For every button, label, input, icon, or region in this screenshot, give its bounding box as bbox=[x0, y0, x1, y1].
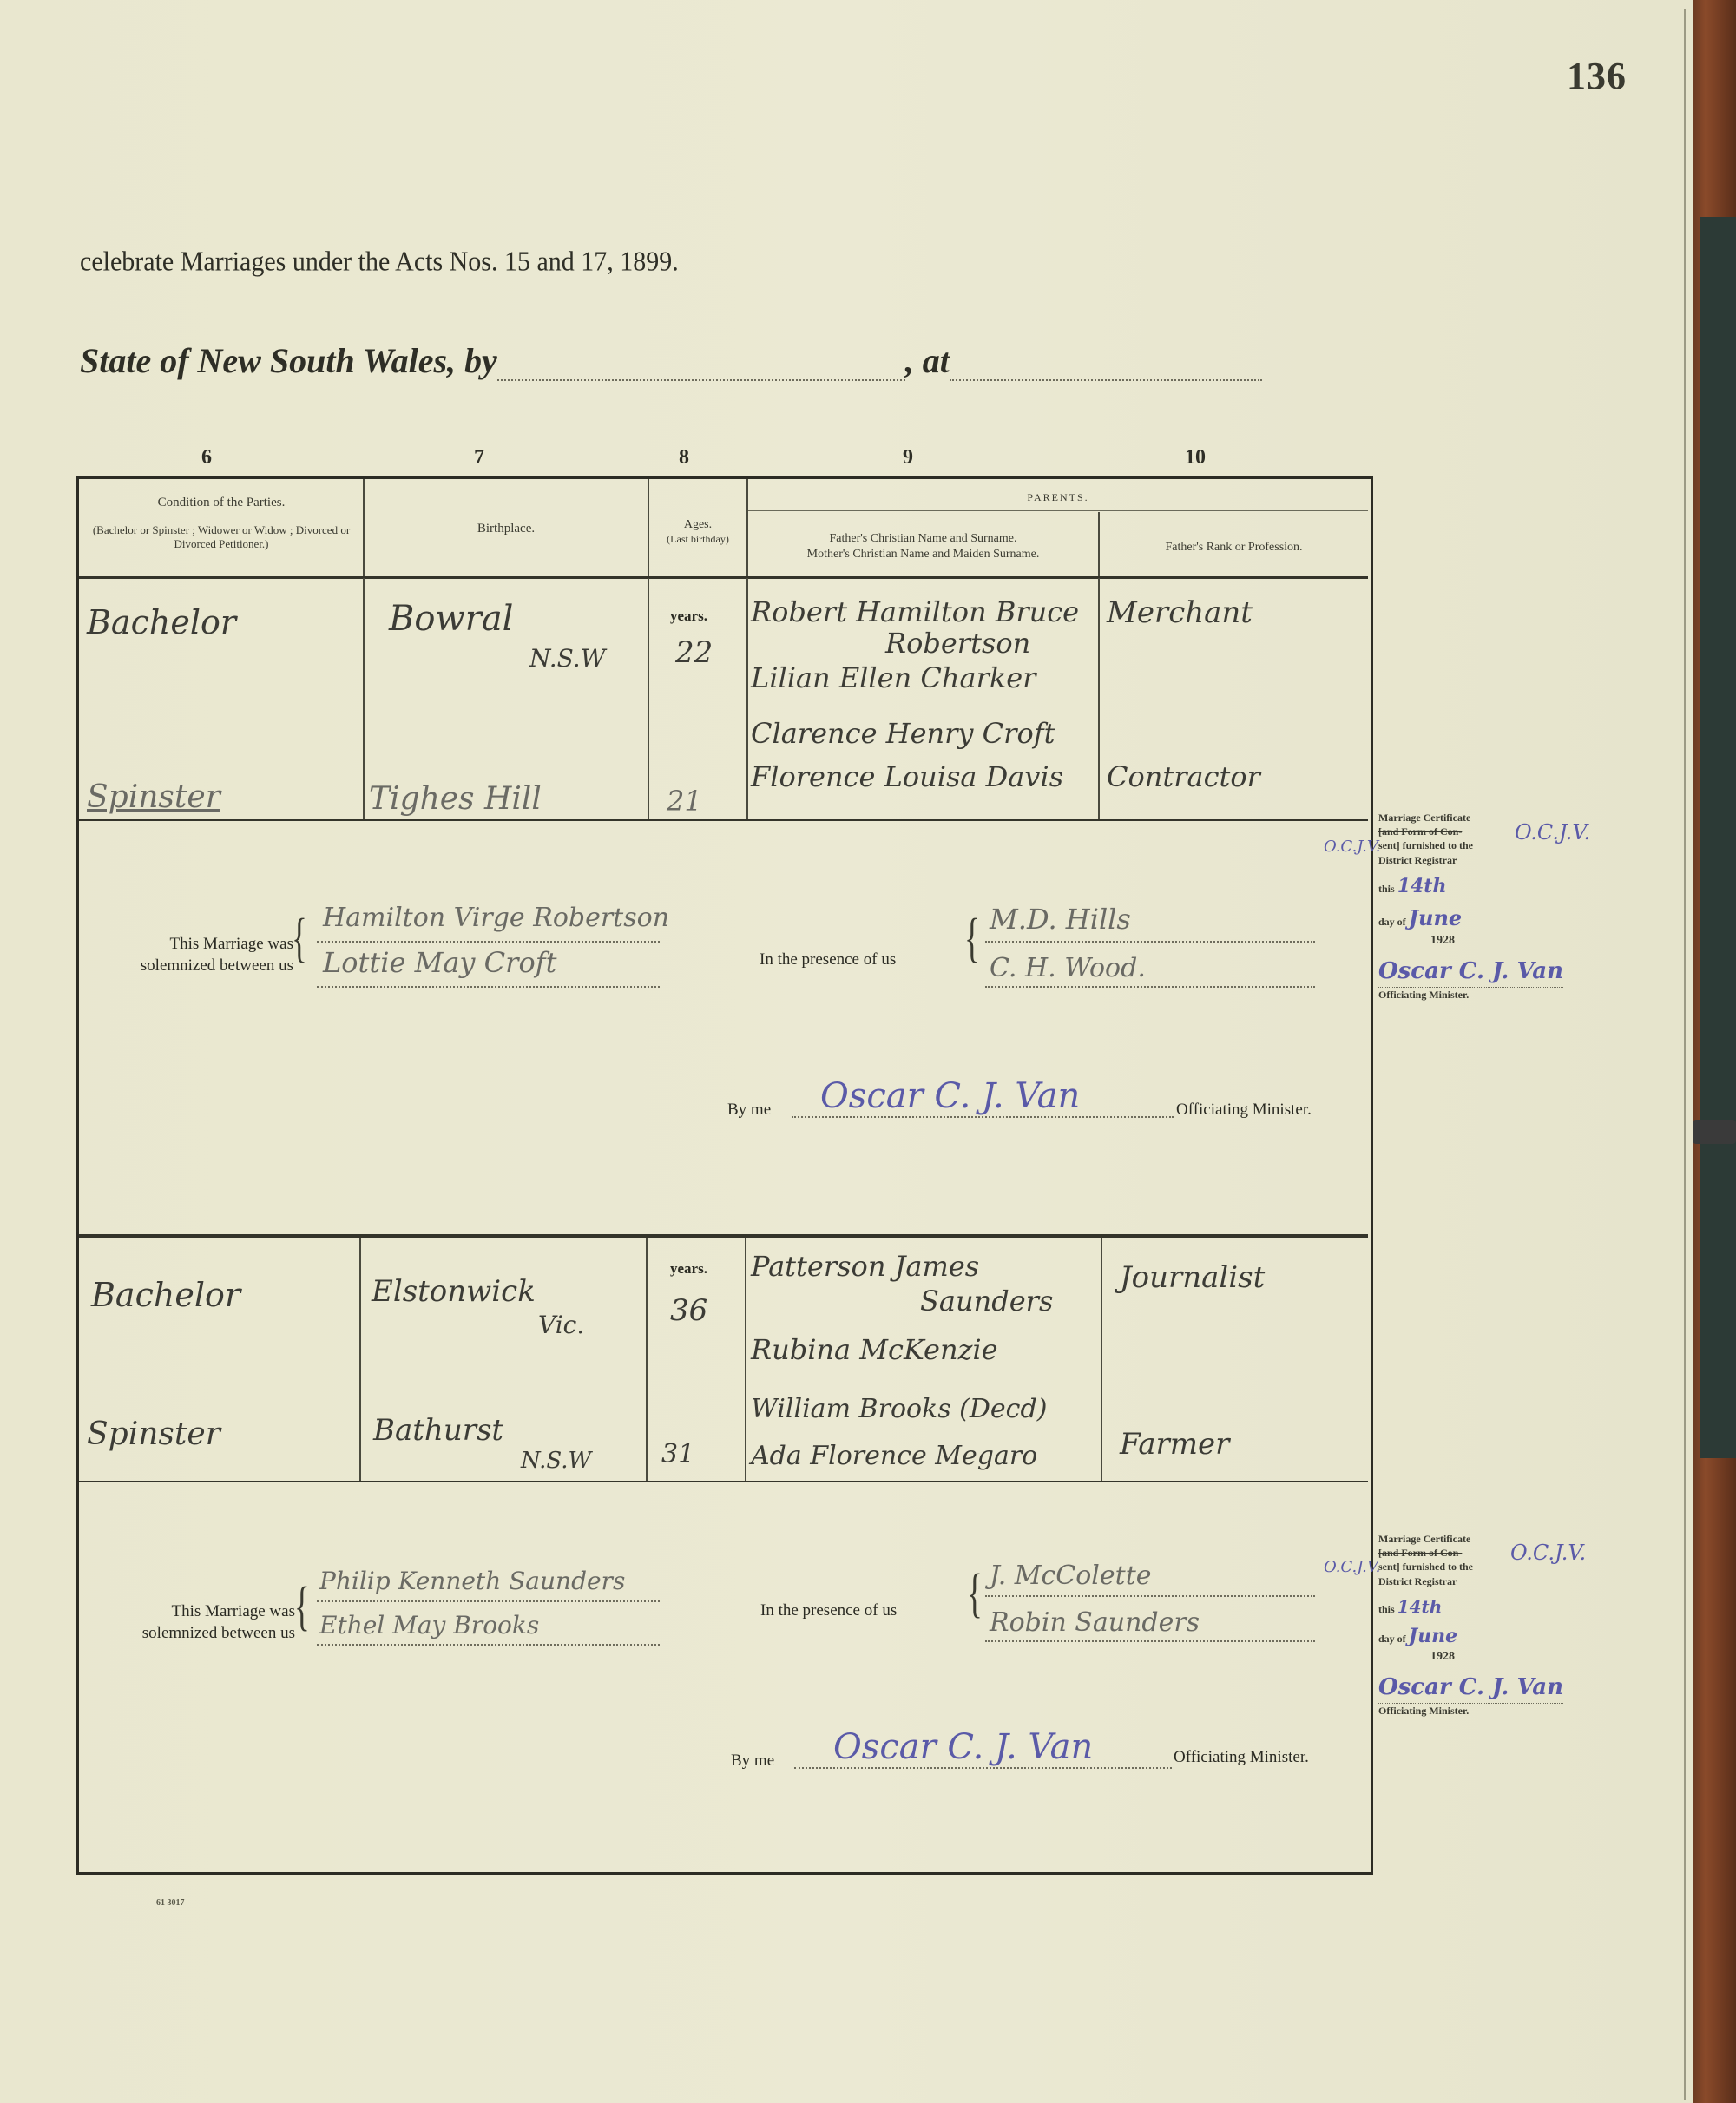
row-divider bbox=[363, 578, 365, 819]
groom-signature: Philip Kenneth Saunders bbox=[319, 1567, 625, 1595]
header-condition-subtitle: (Bachelor or Spinster ; Widower or Widow… bbox=[82, 523, 360, 552]
header-condition-title: Condition of the Parties. bbox=[82, 495, 360, 511]
brace-icon: { bbox=[292, 911, 307, 965]
groom-father-surname: Saunders bbox=[920, 1285, 1053, 1318]
column-number-7: 7 bbox=[474, 446, 484, 470]
minister-label: Officiating Minister. bbox=[1174, 1748, 1309, 1767]
row-divider bbox=[1098, 578, 1100, 819]
header-profession: Father's Rank or Profession. bbox=[1100, 540, 1368, 555]
brace-icon: { bbox=[964, 911, 980, 965]
presence-label: In the presence of us bbox=[759, 950, 896, 969]
bride-father-name: Clarence Henry Croft bbox=[751, 717, 1055, 750]
form-code: 61 3017 bbox=[156, 1898, 185, 1908]
header-birthplace: Birthplace. bbox=[365, 521, 648, 537]
groom-father-surname: Robertson bbox=[885, 627, 1030, 660]
minister-signature: Oscar C. J. Van bbox=[820, 1076, 1080, 1116]
witness-2-signature: C. H. Wood. bbox=[990, 953, 1146, 983]
column-number-10: 10 bbox=[1185, 446, 1206, 470]
side-note-minister-label: Officiating Minister. bbox=[1378, 1704, 1563, 1718]
side-note-day: 14th bbox=[1397, 875, 1447, 897]
side-note-this: this bbox=[1378, 1603, 1395, 1615]
bride-condition: Spinster bbox=[87, 779, 220, 815]
margin-initials: O.C.J.V. bbox=[1324, 838, 1380, 856]
by-me-label: By me bbox=[727, 1101, 771, 1120]
at-blank bbox=[950, 379, 1262, 381]
act-line: celebrate Marriages under the Acts Nos. … bbox=[80, 246, 679, 278]
bride-birthplace: Tighes Hill bbox=[369, 781, 542, 817]
column-number-6: 6 bbox=[201, 446, 212, 470]
side-note-minister-label: Officiating Minister. bbox=[1378, 988, 1563, 1002]
header-father-name: Father's Christian Name and Surname. bbox=[748, 531, 1098, 547]
side-note-year: 1928 bbox=[1430, 933, 1563, 950]
column-number-8: 8 bbox=[679, 446, 689, 470]
side-note-day: 14th bbox=[1397, 1596, 1443, 1617]
solemnized-label-line2: solemnized between us bbox=[87, 956, 293, 977]
solemnized-label-line2: solemnized between us bbox=[87, 1623, 295, 1645]
bride-birthplace: Bathurst bbox=[373, 1413, 503, 1448]
solemnized-label-line1: This Marriage was bbox=[87, 934, 293, 956]
brace-icon: { bbox=[294, 1580, 310, 1633]
minister-signature-line bbox=[794, 1767, 1172, 1769]
header-parents-names: Father's Christian Name and Surname. Mot… bbox=[748, 531, 1098, 562]
header-mother-name: Mother's Christian Name and Maiden Surna… bbox=[748, 547, 1098, 562]
bride-father-profession: Farmer bbox=[1120, 1427, 1229, 1462]
row-bottom-rule bbox=[79, 1481, 1368, 1482]
groom-signature-line bbox=[317, 941, 660, 943]
bride-age: 21 bbox=[667, 785, 702, 818]
bride-father-name: William Brooks (Decd) bbox=[751, 1394, 1047, 1424]
age-unit: years. bbox=[670, 1260, 707, 1278]
side-note-day-of: day of bbox=[1378, 916, 1406, 928]
bride-father-profession: Contractor bbox=[1107, 760, 1260, 793]
minister-signature-line bbox=[792, 1116, 1174, 1118]
column-number-9: 9 bbox=[903, 446, 913, 470]
book-binding bbox=[1693, 0, 1736, 2103]
witness-1-signature: M.D. Hills bbox=[990, 903, 1131, 936]
header-condition: Condition of the Parties. (Bachelor or S… bbox=[82, 495, 360, 551]
row-divider bbox=[746, 578, 748, 819]
groom-condition: Bachelor bbox=[91, 1276, 240, 1314]
witness-1-line bbox=[985, 1595, 1315, 1597]
header-ages: Ages. (Last birthday) bbox=[649, 517, 746, 546]
bride-mother-name: Ada Florence Megaro bbox=[751, 1441, 1037, 1471]
header-ages-title: Ages. bbox=[649, 517, 746, 533]
header-parents-group: Parents. bbox=[748, 491, 1368, 504]
groom-mother-name: Lilian Ellen Charker bbox=[751, 661, 1036, 694]
groom-age: 22 bbox=[675, 635, 713, 670]
side-note-this: this bbox=[1378, 883, 1395, 895]
header-ages-subtitle: (Last birthday) bbox=[649, 533, 746, 546]
register-table bbox=[76, 476, 1373, 1875]
side-note-line4: District Registrar bbox=[1378, 853, 1563, 867]
solemnized-label-line1: This Marriage was bbox=[87, 1601, 295, 1623]
entry-separator bbox=[79, 1234, 1368, 1238]
groom-father-name: Robert Hamilton Bruce bbox=[751, 595, 1079, 628]
header-bottom-rule bbox=[79, 576, 1368, 579]
side-note-line4: District Registrar bbox=[1378, 1574, 1563, 1588]
groom-father-profession: Merchant bbox=[1107, 595, 1253, 630]
side-note-signature: Oscar C. J. Van bbox=[1378, 956, 1563, 988]
side-note-month: June bbox=[1409, 1625, 1457, 1647]
witness-2-signature: Robin Saunders bbox=[990, 1607, 1200, 1638]
groom-birthplace-region: Vic. bbox=[538, 1311, 584, 1339]
bride-mother-name: Florence Louisa Davis bbox=[751, 760, 1063, 793]
side-note-signature: Oscar C. J. Van bbox=[1378, 1673, 1563, 1704]
row-divider bbox=[1101, 1238, 1102, 1481]
bride-birthplace-region: N.S.W bbox=[521, 1448, 591, 1474]
row-divider bbox=[646, 1238, 648, 1481]
binding-cloth bbox=[1700, 217, 1736, 1458]
brace-icon: { bbox=[967, 1567, 983, 1620]
minister-signature: Oscar C. J. Van bbox=[833, 1727, 1093, 1767]
solemnized-label: This Marriage was solemnized between us bbox=[87, 934, 293, 976]
groom-signature-line bbox=[317, 1600, 660, 1602]
bride-age: 31 bbox=[661, 1439, 694, 1469]
bride-signature-line bbox=[317, 1644, 660, 1646]
side-note-month: June bbox=[1409, 905, 1463, 930]
row-bottom-rule bbox=[79, 819, 1368, 821]
bride-signature-line bbox=[317, 986, 660, 988]
page-margin-rule bbox=[1684, 9, 1686, 2100]
groom-father-profession: Journalist bbox=[1120, 1260, 1265, 1295]
bride-signature: Ethel May Brooks bbox=[319, 1611, 539, 1640]
groom-mother-name: Rubina McKenzie bbox=[751, 1333, 998, 1366]
parents-divider bbox=[748, 510, 1368, 511]
solemnized-label: This Marriage was solemnized between us bbox=[87, 1601, 295, 1644]
binding-clasp-icon bbox=[1693, 1120, 1736, 1144]
groom-birthplace: Bowral bbox=[389, 599, 513, 639]
witness-2-line bbox=[985, 986, 1315, 988]
side-note-year: 1928 bbox=[1430, 1649, 1563, 1666]
side-note-initials: O.C.J.V. bbox=[1510, 1541, 1586, 1565]
page-number: 136 bbox=[1567, 54, 1627, 98]
presence-label: In the presence of us bbox=[760, 1601, 897, 1620]
row-divider bbox=[745, 1238, 746, 1481]
age-unit: years. bbox=[670, 608, 707, 625]
margin-initials: O.C.J.V. bbox=[1324, 1558, 1380, 1576]
groom-birthplace-region: N.S.W bbox=[529, 644, 605, 673]
bride-signature: Lottie May Croft bbox=[323, 946, 556, 979]
groom-condition: Bachelor bbox=[87, 603, 236, 641]
witness-1-line bbox=[985, 941, 1315, 943]
side-note-day-of: day of bbox=[1378, 1633, 1406, 1645]
witness-1-signature: J. McColette bbox=[990, 1561, 1152, 1591]
witness-2-line bbox=[985, 1640, 1315, 1642]
register-page: 136 celebrate Marriages under the Acts N… bbox=[0, 0, 1693, 2103]
bride-condition: Spinster bbox=[87, 1416, 220, 1452]
groom-age: 36 bbox=[670, 1293, 707, 1328]
state-line-at: , at bbox=[905, 341, 950, 380]
by-blank bbox=[497, 379, 905, 381]
state-line: State of New South Wales, by, at bbox=[80, 340, 1262, 381]
groom-birthplace: Elstonwick bbox=[372, 1274, 536, 1309]
minister-label: Officiating Minister. bbox=[1176, 1101, 1312, 1120]
side-note-initials: O.C.J.V. bbox=[1515, 820, 1590, 844]
state-line-prefix: State of New South Wales, by bbox=[80, 341, 497, 380]
row-divider bbox=[648, 578, 649, 819]
groom-father-name: Patterson James bbox=[751, 1250, 979, 1283]
groom-signature: Hamilton Virge Robertson bbox=[323, 903, 669, 933]
row-divider bbox=[359, 1238, 361, 1481]
by-me-label: By me bbox=[731, 1751, 774, 1771]
